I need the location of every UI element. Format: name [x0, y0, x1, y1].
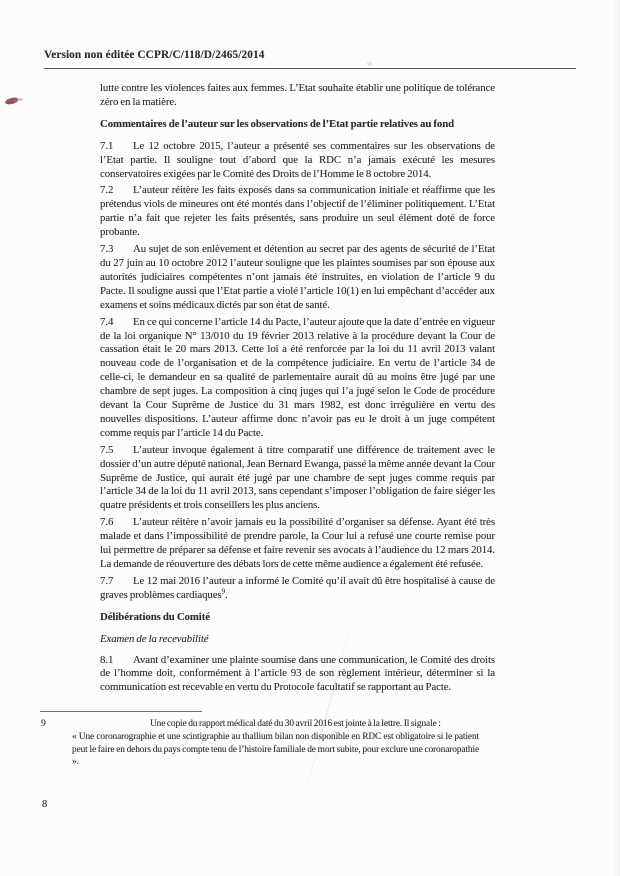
paragraph-number: 7.6	[100, 516, 133, 530]
section-heading-deliberations: Délibérations du Comité	[100, 611, 495, 625]
paragraph-7-3: 7.3Au sujet de son enlèvement et détenti…	[100, 243, 495, 313]
paragraph-text: Le 12 octobre 2015, l’auteur a présenté …	[100, 140, 495, 180]
pencil-squiggle-mark: ≈	[367, 60, 380, 73]
footnote-separator-rule	[40, 711, 202, 712]
paragraph-number: 7.5	[100, 444, 133, 458]
paragraph-text: Le 12 mai 2016 l’auteur a informé le Com…	[100, 575, 495, 601]
paragraph-number: 7.7	[100, 575, 133, 589]
paragraph-number: 7.3	[100, 243, 133, 257]
footnote-first-line: Une copie du rapport médical daté du 30 …	[72, 718, 479, 731]
document-header: Version non éditée CCPR/C/118/D/2465/201…	[44, 49, 265, 61]
paragraph-7-7: 7.7Le 12 mai 2016 l’auteur a informé le …	[100, 575, 495, 603]
paragraph-7-1: 7.1Le 12 octobre 2015, l’auteur a présen…	[100, 140, 495, 182]
paragraph-number: 7.1	[100, 140, 133, 154]
paragraph-text: Avant d’examiner une plainte soumise dan…	[100, 654, 495, 694]
paragraph-7-6: 7.6L’auteur réitère n’avoir jamais eu la…	[100, 516, 495, 572]
paragraph-7-4: 7.4En ce qui concerne l’article 14 du Pa…	[100, 316, 495, 441]
paragraph-text: L’auteur réitère les faits exposés dans …	[100, 184, 495, 238]
red-pen-mark	[5, 97, 19, 105]
footnote-block: Une copie du rapport médical daté du 30 …	[72, 718, 479, 769]
footnote-marker: 9	[41, 718, 46, 729]
paragraph-text: Au sujet de son enlèvement et détention …	[100, 243, 495, 311]
paragraph-7-5: 7.5L’auteur invoque également à titre co…	[100, 444, 495, 514]
scanned-document-page: Version non éditée CCPR/C/118/D/2465/201…	[0, 0, 620, 876]
header-rule	[44, 68, 576, 69]
document-body: lutte contre les violences faites aux fe…	[100, 82, 495, 698]
intro-paragraph: lutte contre les violences faites aux fe…	[100, 82, 495, 110]
subsection-heading-recevabilite: Examen de la recevabilité	[100, 633, 495, 647]
paragraph-text-after-ref: .	[225, 589, 228, 601]
paragraph-text: En ce qui concerne l’article 14 du Pacte…	[100, 316, 495, 439]
paragraph-8-1: 8.1Avant d’examiner une plainte soumise …	[100, 654, 495, 696]
paragraph-7-2: 7.2L’auteur réitère les faits exposés da…	[100, 184, 495, 240]
paragraph-number: 7.2	[100, 184, 133, 198]
paragraph-text: L’auteur invoque également à titre compa…	[100, 444, 495, 512]
section-heading-commentaires: Commentaires de l’auteur sur les observa…	[100, 118, 495, 132]
paragraph-text: L’auteur réitère n’avoir jamais eu la po…	[100, 516, 495, 570]
page-number: 8	[42, 799, 47, 810]
paragraph-number: 7.4	[100, 316, 133, 330]
footnote-quote: « Une coronarographie et une scintigraph…	[72, 731, 479, 769]
paragraph-number: 8.1	[100, 654, 133, 668]
scan-edge-shade	[612, 0, 620, 876]
